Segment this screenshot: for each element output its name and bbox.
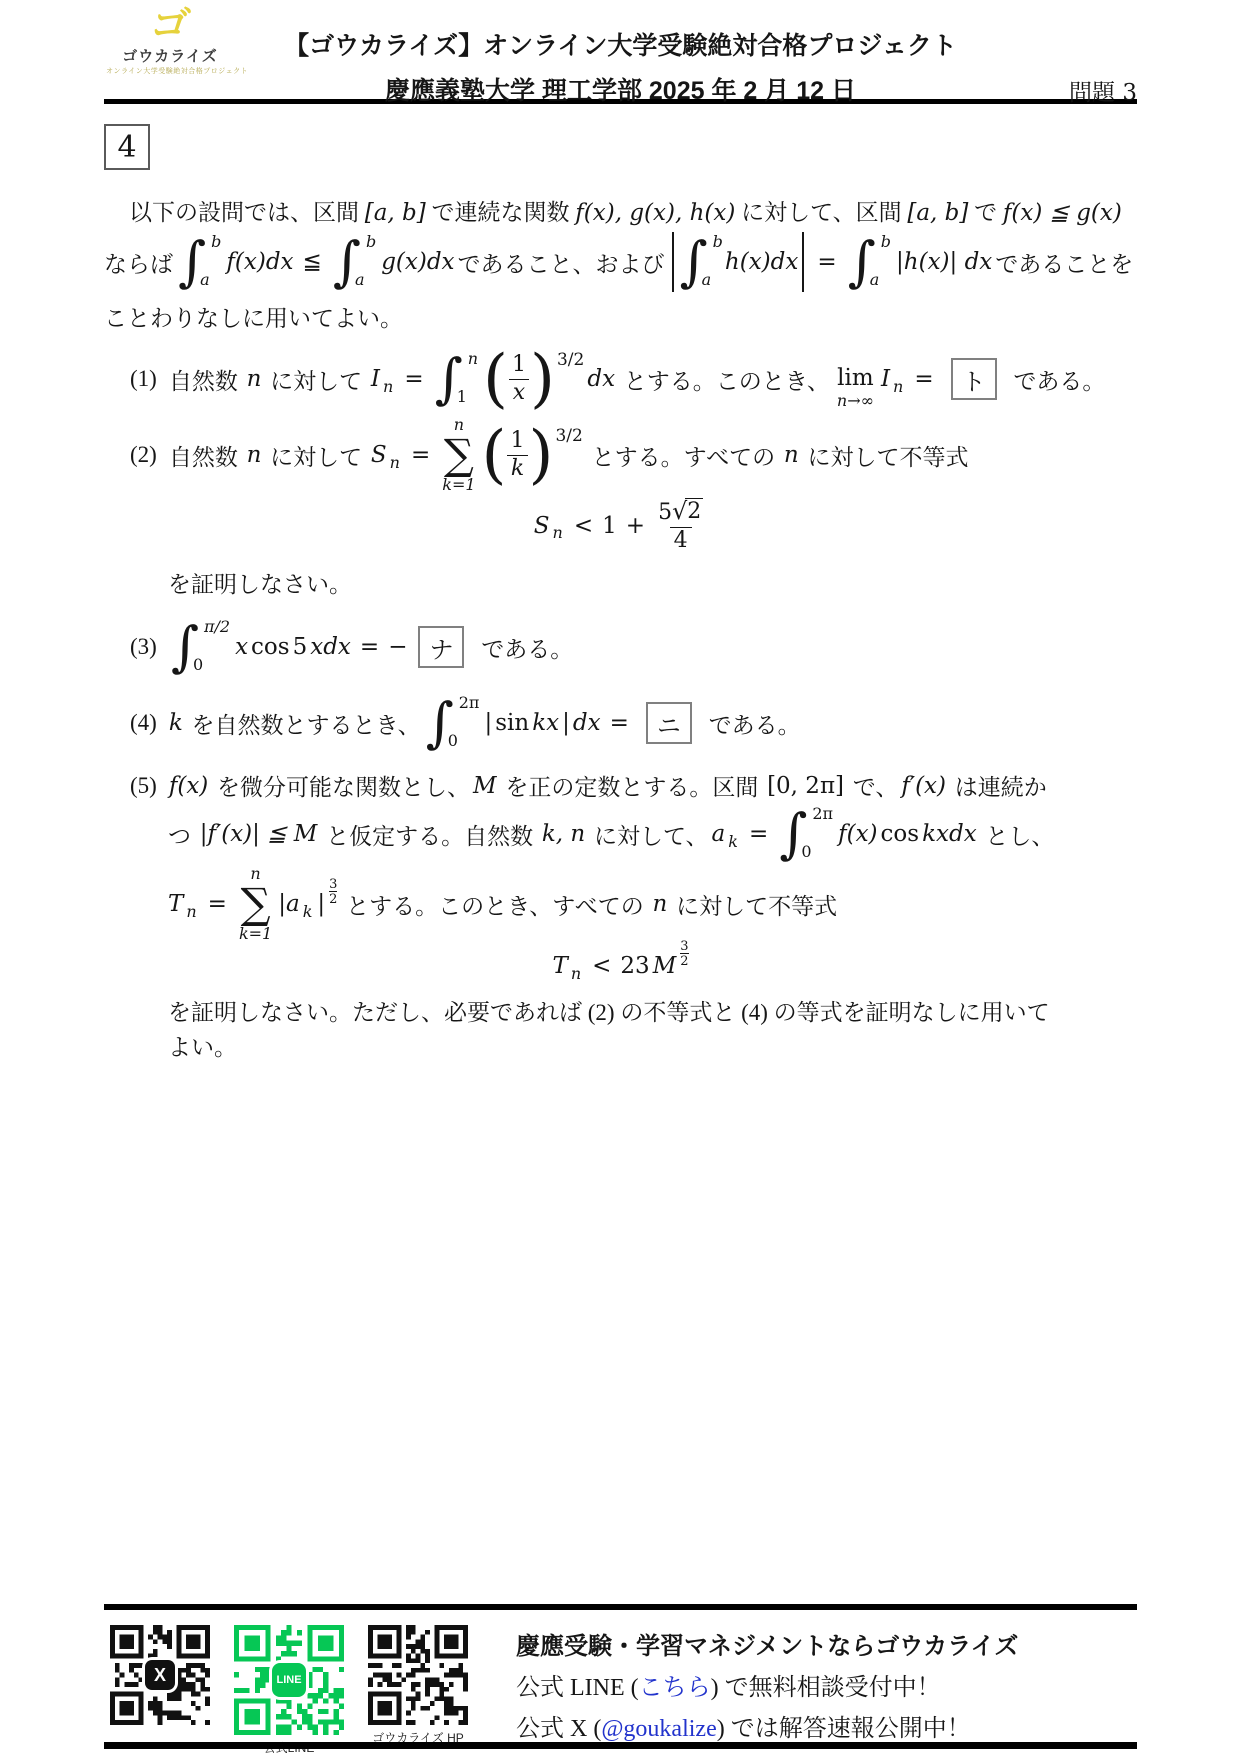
- exp-denominator: 2: [680, 953, 688, 968]
- math-var: I: [881, 366, 890, 392]
- qr-line: LINE 公式LINE: [234, 1625, 344, 1754]
- qr-pattern: [368, 1625, 468, 1725]
- integral: ∫2π0: [779, 804, 833, 864]
- sum-lower: k=1: [239, 926, 272, 942]
- document-title: 【ゴウカライズ】オンライン大学受験絶対合格プロジェクト: [104, 26, 1137, 62]
- equals-sign: =: [404, 366, 423, 392]
- summation: n∑k=1: [442, 417, 475, 493]
- answer-box-ni: ニ: [646, 702, 692, 744]
- abs-bar: |: [484, 710, 492, 736]
- integral-upper: 2π: [812, 806, 833, 822]
- math-interval: [a, b]: [365, 200, 426, 226]
- integral: ∫ba: [178, 232, 221, 292]
- qr-overlay: LINE: [234, 1625, 344, 1735]
- qr-x: X: [110, 1625, 210, 1743]
- question-1: (1) 自然数 n に対して In = ∫n1 (1x)3/2 dx とする。こ…: [130, 349, 1137, 409]
- math-body: kxdx: [922, 821, 977, 847]
- text: ならば: [104, 246, 173, 279]
- fraction-numerator: 1: [508, 352, 530, 379]
- problem-body: 4 以下の設問では、区間 [a, b] で連続な関数 f(x), g(x), h…: [104, 124, 1137, 1065]
- exponent-fraction: 32: [680, 940, 688, 968]
- text: は連続か: [949, 769, 1047, 802]
- subtitle-row: 慶應義塾大学 理工学部 2025 年 2 月 12 日 問題 3: [104, 71, 1137, 107]
- paren-power-group: (1x)3/2: [483, 352, 584, 406]
- exp-numerator: 3: [680, 940, 688, 953]
- radicand: 2: [685, 498, 703, 525]
- exponent: 3/2: [555, 428, 582, 445]
- math-number: 5: [293, 634, 308, 660]
- right-paren: ): [530, 354, 555, 405]
- integral-lower: a: [870, 272, 891, 288]
- answer-placeholder: ナ: [429, 630, 453, 665]
- question-4: (4) k を自然数とするとき、 ∫2π0 |sin kx|dx = ニ である…: [130, 693, 1137, 753]
- integral: ∫2π0: [426, 693, 480, 753]
- intro-line-1: 以下の設問では、区間 [a, b] で連続な関数 f(x), g(x), h(x…: [104, 196, 1137, 230]
- math-subscript: n: [571, 964, 581, 983]
- display-inequality-sn: Sn < 1 + 5√24: [104, 497, 1137, 554]
- limit: limn→∞: [837, 367, 874, 409]
- math-var: n: [653, 891, 668, 917]
- equals-sign: =: [411, 442, 430, 468]
- text: で連続な関数: [426, 200, 576, 225]
- math-var: S: [371, 442, 387, 468]
- qr-caption: [110, 1729, 210, 1743]
- exam-page: ゴ ゴウカライズ オンライン大学受験絶対合格プロジェクト 【ゴウカライズ】オンラ…: [0, 0, 1241, 1754]
- question-5-closing-2: よい。: [168, 1031, 1137, 1066]
- x-account-link[interactable]: @goukalize: [601, 1716, 716, 1742]
- display-inequality-tn: Tn < 23M32: [104, 952, 1137, 980]
- item-label: (5): [130, 773, 157, 799]
- cos-operator: cos: [251, 634, 290, 660]
- math-interval: [0, 2π]: [767, 773, 844, 799]
- fraction: 1x: [508, 352, 530, 406]
- math-func: f(x): [169, 773, 208, 799]
- math-var: T: [552, 953, 567, 979]
- abs-open: |a: [278, 891, 299, 917]
- text: に対して不等式: [670, 888, 837, 921]
- text: で、: [847, 769, 898, 802]
- text: であることを: [995, 246, 1133, 279]
- problem-number-box: 4: [104, 124, 150, 170]
- integral: ∫ba: [848, 232, 891, 292]
- integral-lower: 1: [457, 389, 478, 405]
- math-body: h(x)dx: [725, 249, 798, 275]
- integral-lower: a: [355, 272, 376, 288]
- text: とする。このとき、: [618, 363, 830, 396]
- text: を正の定数とする。区間: [500, 769, 765, 802]
- equals-sign: =: [208, 891, 227, 917]
- text: であること、および: [458, 246, 665, 279]
- text: を微分可能な関数とし、: [211, 769, 470, 802]
- math-body: f(x)dx: [226, 249, 293, 275]
- math-func: f′(x): [901, 773, 946, 799]
- lim-subscript: n→∞: [837, 393, 874, 409]
- math-var: n: [247, 366, 262, 392]
- math-var: n: [247, 442, 262, 468]
- intro-line-3: ことわりなしに用いてよい。: [104, 300, 1137, 333]
- abs-integral-group: ∫bah(x)dx: [668, 232, 809, 292]
- text: 自然数: [169, 363, 244, 396]
- math-body: kx: [532, 710, 559, 736]
- integral-upper: 2π: [459, 695, 480, 711]
- math-subscript: k: [303, 902, 313, 921]
- footer-text: 慶應受験・学習マネジメントならゴウカライズ 公式 LINE (こちら) で無料相…: [516, 1625, 1018, 1749]
- text: に対して、: [588, 818, 708, 851]
- math-body: |h(x)| dx: [896, 249, 992, 275]
- problem-page-label: 問題 3: [1069, 74, 1137, 107]
- sum-icon: ∑: [241, 884, 271, 924]
- page-bottom-rule: [104, 1742, 1137, 1749]
- fraction-numerator: 1: [507, 428, 529, 455]
- math-var: M: [653, 953, 677, 979]
- answer-box-na: ナ: [418, 626, 464, 668]
- text: に対して不等式: [802, 439, 969, 472]
- footer-body: X LINE 公式LINE ゴウカライズ HP: [104, 1625, 1137, 1754]
- math-var: k: [169, 710, 183, 736]
- paren-power-group: (1k)3/2: [482, 428, 583, 482]
- qr-group: X LINE 公式LINE ゴウカライズ HP: [110, 1625, 468, 1754]
- integral-lower: a: [702, 272, 723, 288]
- hp-qr-code: [368, 1625, 468, 1725]
- math-subscript: n: [893, 377, 903, 396]
- sum-icon: ∑: [444, 435, 474, 475]
- math-var: S: [534, 513, 550, 539]
- problem-number: 4: [117, 130, 136, 165]
- math-var: I: [371, 366, 380, 392]
- math-interval: [a, b]: [907, 200, 968, 226]
- footer-line-info: 公式 LINE (こちら) で無料相談受付中！: [516, 1668, 1018, 1709]
- math-number: 23: [620, 953, 649, 979]
- math-inequality: |f′(x)| ≦ M: [200, 821, 318, 847]
- abs-bar: [802, 232, 804, 292]
- abs-bar: |: [562, 710, 570, 736]
- less-than-sign: <: [592, 953, 611, 979]
- text: に対して: [264, 439, 368, 472]
- footer-slogan: 慶應受験・学習マネジメントならゴウカライズ: [516, 1627, 1018, 1668]
- text: 以下の設問では、区間: [129, 200, 365, 225]
- sum-lower: k=1: [442, 477, 475, 493]
- left-paren: (: [482, 430, 507, 481]
- integral-upper: π/2: [204, 619, 230, 635]
- fraction: 1k: [507, 428, 529, 482]
- integral-upper: n: [468, 351, 478, 367]
- footer-rule: [104, 1604, 1137, 1610]
- math-functions: f(x), g(x), h(x): [575, 200, 735, 226]
- integral: ∫n1: [435, 349, 478, 409]
- square-root: √2: [672, 498, 703, 525]
- integral-upper: b: [366, 234, 376, 250]
- math-body: g(x)dx: [381, 249, 454, 275]
- equals-sign: =: [360, 634, 379, 660]
- text: に対して、区間: [735, 200, 907, 225]
- fraction-numerator: 5√2: [654, 497, 707, 527]
- answer-placeholder: ト: [962, 362, 986, 397]
- prove-instruction: を証明しなさい。: [168, 566, 1137, 599]
- item-label: (1): [130, 366, 157, 392]
- document-subtitle: 慶應義塾大学 理工学部 2025 年 2 月 12 日: [104, 71, 1137, 107]
- math-body: dx: [587, 366, 615, 392]
- minus-sign: −: [388, 634, 407, 660]
- sin-operator: sin: [495, 710, 529, 736]
- right-paren: ): [529, 430, 554, 481]
- text: ) で無料相談受付中！: [711, 1675, 941, 1701]
- math-subscript: n: [186, 902, 196, 921]
- abs-close: |: [317, 891, 325, 917]
- integral-upper: b: [211, 234, 221, 250]
- math-number: 5: [658, 500, 672, 525]
- text: とする。このとき、すべての: [340, 888, 649, 921]
- line-qr-code: LINE: [234, 1625, 344, 1735]
- math-var: M: [473, 773, 497, 799]
- text: と仮定する。自然数: [320, 818, 539, 851]
- text: である。: [703, 707, 801, 740]
- left-paren: (: [483, 354, 508, 405]
- qr-overlay: X: [110, 1625, 210, 1725]
- fraction-denominator: 4: [670, 527, 692, 555]
- question-3: (3) ∫π/20 x cos 5xdx = − ナ である。: [130, 617, 1137, 677]
- less-than-sign: <: [574, 513, 593, 539]
- exp-numerator: 3: [329, 878, 337, 891]
- leq-sign: ≦: [303, 249, 322, 275]
- logo-name: ゴウカライズ: [106, 45, 234, 66]
- exponent: 3/2: [557, 352, 584, 369]
- integral: ∫ba: [333, 232, 376, 292]
- math-subscript: n: [553, 523, 563, 542]
- x-qr-code: X: [110, 1625, 210, 1725]
- math-subscript: k: [728, 832, 738, 851]
- line-logo-icon: LINE: [272, 1663, 306, 1697]
- footer: X LINE 公式LINE ゴウカライズ HP: [104, 1604, 1137, 1754]
- integral: ∫π/20: [171, 617, 230, 677]
- logo-icon: ゴ: [103, 6, 238, 44]
- item-label: (4): [130, 710, 157, 736]
- abs-bar: [672, 232, 674, 292]
- math-inequality: f(x) ≦ g(x): [1003, 200, 1122, 226]
- fraction-denominator: k: [507, 455, 528, 483]
- item-label: (3): [130, 634, 157, 660]
- text: とし、: [980, 818, 1055, 851]
- question-5-line-3: Tn = n∑k=1 |ak|32 とする。このとき、すべての n に対して不等…: [168, 866, 1137, 942]
- integral-upper: b: [713, 234, 723, 250]
- fraction: 5√24: [654, 497, 707, 554]
- integral: ∫ba: [680, 232, 723, 292]
- question-5-line-1: (5) f(x) を微分可能な関数とし、 M を正の定数とする。区間 [0, 2…: [130, 769, 1137, 802]
- math-number: 1: [602, 513, 617, 539]
- plus-sign: +: [626, 513, 645, 539]
- text: である。: [1008, 363, 1106, 396]
- item-label: (2): [130, 442, 157, 468]
- text: とする。すべての: [586, 439, 781, 472]
- line-link[interactable]: こちら: [639, 1675, 711, 1701]
- text: つ: [168, 818, 197, 851]
- integral-lower: 0: [801, 844, 833, 860]
- qr-homepage: ゴウカライズ HP: [368, 1625, 468, 1746]
- question-5-line-2: つ |f′(x)| ≦ M と仮定する。自然数 k, n に対して、 ak = …: [168, 804, 1137, 864]
- text: ) では解答速報公開中！: [717, 1716, 971, 1742]
- integral-lower: 0: [193, 657, 230, 673]
- answer-box-to: ト: [951, 358, 997, 400]
- equals-sign: =: [914, 366, 933, 392]
- text: 公式 X (: [516, 1716, 601, 1742]
- text: を自然数とするとき、: [186, 707, 421, 740]
- lim-operator: lim: [837, 367, 874, 390]
- summation: n∑k=1: [239, 866, 272, 942]
- equals-sign: =: [817, 249, 836, 275]
- exponent-fraction: 32: [329, 878, 337, 906]
- exp-denominator: 2: [329, 891, 337, 906]
- text: で: [968, 200, 1003, 225]
- header: ゴ ゴウカライズ オンライン大学受験絶対合格プロジェクト 【ゴウカライズ】オンラ…: [104, 0, 1137, 92]
- math-body: xdx: [310, 634, 351, 660]
- math-func: f(x): [838, 821, 877, 847]
- math-vars: k, n: [542, 821, 585, 847]
- math-body: dx: [573, 710, 601, 736]
- goukalize-logo: ゴ ゴウカライズ オンライン大学受験絶対合格プロジェクト: [106, 6, 234, 76]
- intro-line-2: ならば ∫ba f(x)dx ≦ ∫ba g(x)dx であること、および ∫b…: [104, 232, 1137, 292]
- math-subscript: n: [390, 453, 400, 472]
- integral-upper: b: [881, 234, 891, 250]
- math-var: T: [168, 891, 183, 917]
- math-subscript: n: [383, 377, 393, 396]
- integral-lower: a: [200, 272, 221, 288]
- text: に対して: [264, 363, 368, 396]
- math-var: x: [235, 634, 248, 660]
- cos-operator: cos: [881, 821, 920, 847]
- answer-placeholder: ニ: [657, 706, 681, 741]
- question-2: (2) 自然数 n に対して Sn = n∑k=1 (1k)3/2 とする。すべ…: [130, 417, 1137, 493]
- equals-sign: =: [749, 821, 768, 847]
- equals-sign: =: [610, 710, 629, 736]
- math-var: n: [784, 442, 799, 468]
- text: 自然数: [169, 439, 244, 472]
- text: である。: [475, 631, 573, 664]
- question-5-closing-1: を証明しなさい。ただし、必要であれば (2) の不等式と (4) の等式を証明な…: [168, 996, 1137, 1031]
- math-var: a: [712, 821, 726, 847]
- fraction-denominator: x: [509, 379, 529, 407]
- integral-lower: 0: [448, 733, 480, 749]
- text: 公式 LINE (: [516, 1675, 639, 1701]
- x-logo-icon: X: [145, 1660, 175, 1690]
